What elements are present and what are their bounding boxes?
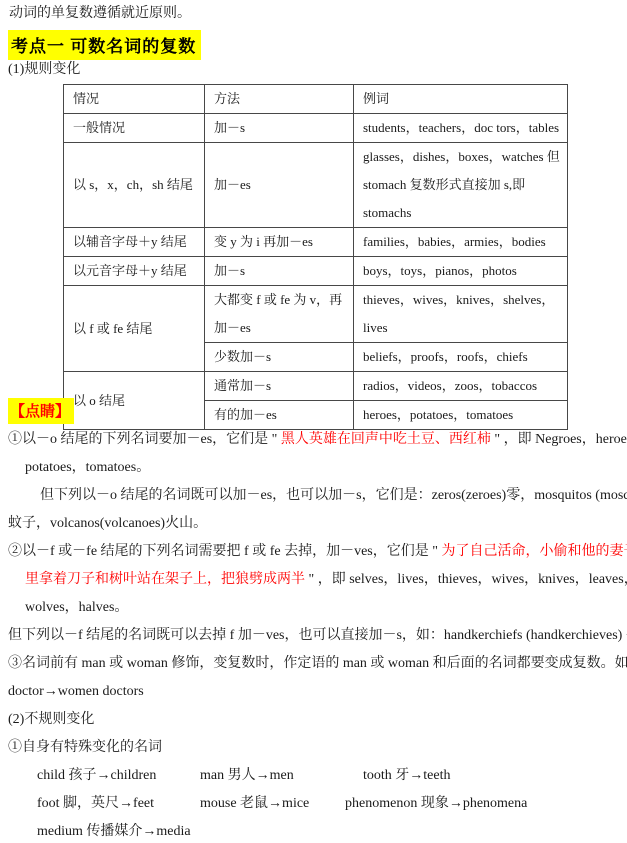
mnemonic-red-text: 黑人英雄在回声中吃土豆、西红柿 bbox=[281, 432, 491, 447]
note-line: 但下列以－f 结尾的名词既可以去掉 f 加－ves，也可以直接加－s，如：han… bbox=[8, 622, 622, 650]
section-2-label: (2)不规则变化 bbox=[8, 706, 622, 734]
note-text: potatoes，tomatoes。 bbox=[25, 460, 150, 475]
note-line: ②以－f 或－fe 结尾的下列名词需要把 f 或 fe 去掉，加－ves，它们是… bbox=[8, 538, 622, 566]
note-text: ③名词前有 man 或 woman 修饰，变复数时，作定语的 man 或 wom… bbox=[8, 656, 627, 671]
cell-situation: 一般情况 bbox=[64, 114, 205, 143]
note-text: " ，即 selves，lives，thieves，wives，knives，l… bbox=[305, 572, 627, 587]
note-text: 但下列以－f 结尾的名词既可以去掉 f 加－ves，也可以直接加－s，如：han… bbox=[8, 628, 627, 643]
cell-method: 加－s bbox=[205, 114, 354, 143]
cell-situation: 以辅音字母＋y 结尾 bbox=[64, 228, 205, 257]
cell-method: 变 y 为 i 再加－es bbox=[205, 228, 354, 257]
word-item: child 孩子→children bbox=[37, 762, 156, 790]
note-line: 但下列以－o 结尾的名词既可以加－es，也可以加－s，它们是：zeros(zer… bbox=[8, 482, 622, 510]
note-line: 蚊子，volcanos(volcanoes)火山。 bbox=[8, 510, 622, 538]
word-item: tooth 牙→teeth bbox=[363, 762, 451, 790]
cell-situation: 以元音字母＋y 结尾 bbox=[64, 257, 205, 286]
word-grid-row: medium 传播媒介→media bbox=[8, 818, 622, 843]
note-line: ①以－o 结尾的下列名词要加－es，它们是 " 黑人英雄在回声中吃土豆、西红柿 … bbox=[8, 426, 622, 454]
word-grid-row: child 孩子→children man 男人→men tooth 牙→tee… bbox=[8, 762, 622, 790]
word-item: phenomenon 现象→phenomena bbox=[345, 790, 527, 818]
note-line: ③名词前有 man 或 woman 修饰，变复数时，作定语的 man 或 wom… bbox=[8, 650, 622, 678]
note-text: (2)不规则变化 bbox=[8, 712, 94, 727]
cell-examples: radios，videos，zoos，tobaccos bbox=[354, 372, 568, 401]
note-text: ①自身有特殊变化的名词 bbox=[8, 740, 162, 755]
dianjing-highlight-badge: 【点睛】 bbox=[8, 398, 74, 424]
plural-rules-table: 情况 方法 例词 一般情况 加－s students，teachers，doc … bbox=[63, 84, 568, 430]
word-item: mouse 老鼠→mice bbox=[200, 790, 309, 818]
table-row: 以元音字母＋y 结尾 加－s boys，toys，pianos，photos bbox=[64, 257, 568, 286]
cell-method: 加－s bbox=[205, 257, 354, 286]
cell-situation: 以 f 或 fe 结尾 bbox=[64, 286, 205, 372]
cell-examples: beliefs，proofs，roofs，chiefs bbox=[354, 343, 568, 372]
note-line: wolves，halves。 bbox=[8, 594, 622, 622]
note-text: " ，即 Negroes，heroes，echoes， bbox=[491, 432, 627, 447]
mnemonic-red-text: 里拿着刀子和树叶站在架子上，把狼劈成两半 bbox=[25, 572, 305, 587]
table-row: 以 o 结尾 通常加－s radios，videos，zoos，tobaccos bbox=[64, 372, 568, 401]
cell-examples: boys，toys，pianos，photos bbox=[354, 257, 568, 286]
header-situation: 情况 bbox=[64, 85, 205, 114]
note-text: ①以－o 结尾的下列名词要加－es，它们是 " bbox=[8, 432, 281, 447]
table-header-row: 情况 方法 例词 bbox=[64, 85, 568, 114]
note-text: ②以－f 或－fe 结尾的下列名词需要把 f 或 fe 去掉，加－ves，它们是… bbox=[8, 544, 441, 559]
notes-section: ①以－o 结尾的下列名词要加－es，它们是 " 黑人英雄在回声中吃土豆、西红柿 … bbox=[8, 426, 622, 843]
word-grid-row: foot 脚，英尺→feet mouse 老鼠→mice phenomenon … bbox=[8, 790, 622, 818]
cell-examples: thieves，wives，knives，shelves，lives bbox=[354, 286, 568, 343]
note-text: 蚊子，volcanos(volcanoes)火山。 bbox=[8, 516, 207, 531]
note-line: doctor→women doctors bbox=[8, 678, 622, 706]
intro-text: 动词的单复数遵循就近原则。 bbox=[9, 5, 191, 23]
table-row: 以 f 或 fe 结尾 大都变 f 或 fe 为 v，再加－es thieves… bbox=[64, 286, 568, 343]
subsection-1-label: ①自身有特殊变化的名词 bbox=[8, 734, 622, 762]
table-row: 以辅音字母＋y 结尾 变 y 为 i 再加－es families，babies… bbox=[64, 228, 568, 257]
section-1-label: (1)规则变化 bbox=[8, 61, 80, 79]
header-method: 方法 bbox=[205, 85, 354, 114]
cell-method: 大都变 f 或 fe 为 v，再加－es bbox=[205, 286, 354, 343]
word-item: man 男人→men bbox=[200, 762, 294, 790]
cell-method: 少数加－s bbox=[205, 343, 354, 372]
note-line: potatoes，tomatoes。 bbox=[8, 454, 622, 482]
exam-point-heading: 考点一 可数名词的复数 bbox=[8, 30, 201, 60]
cell-situation: 以 o 结尾 bbox=[64, 372, 205, 430]
word-item: medium 传播媒介→media bbox=[37, 818, 191, 843]
cell-examples: glasses，dishes，boxes，watches 但 stomach 复… bbox=[354, 143, 568, 228]
word-item: foot 脚，英尺→feet bbox=[37, 790, 154, 818]
note-text: doctor→women doctors bbox=[8, 684, 144, 699]
mnemonic-red-text: 为了自己活命，小偷和他的妻子手 bbox=[441, 544, 627, 559]
cell-examples: students，teachers，doc tors，tables bbox=[354, 114, 568, 143]
table-row: 以 s，x，ch，sh 结尾 加－es glasses，dishes，boxes… bbox=[64, 143, 568, 228]
note-text: wolves，halves。 bbox=[25, 600, 128, 615]
header-examples: 例词 bbox=[354, 85, 568, 114]
table-row: 一般情况 加－s students，teachers，doc tors，tabl… bbox=[64, 114, 568, 143]
note-line: 里拿着刀子和树叶站在架子上，把狼劈成两半 " ，即 selves，lives，t… bbox=[8, 566, 622, 594]
cell-examples: families，babies，armies，bodies bbox=[354, 228, 568, 257]
cell-situation: 以 s，x，ch，sh 结尾 bbox=[64, 143, 205, 228]
cell-method: 加－es bbox=[205, 143, 354, 228]
note-text: 但下列以－o 结尾的名词既可以加－es，也可以加－s，它们是：zeros(zer… bbox=[40, 488, 627, 503]
cell-method: 通常加－s bbox=[205, 372, 354, 401]
